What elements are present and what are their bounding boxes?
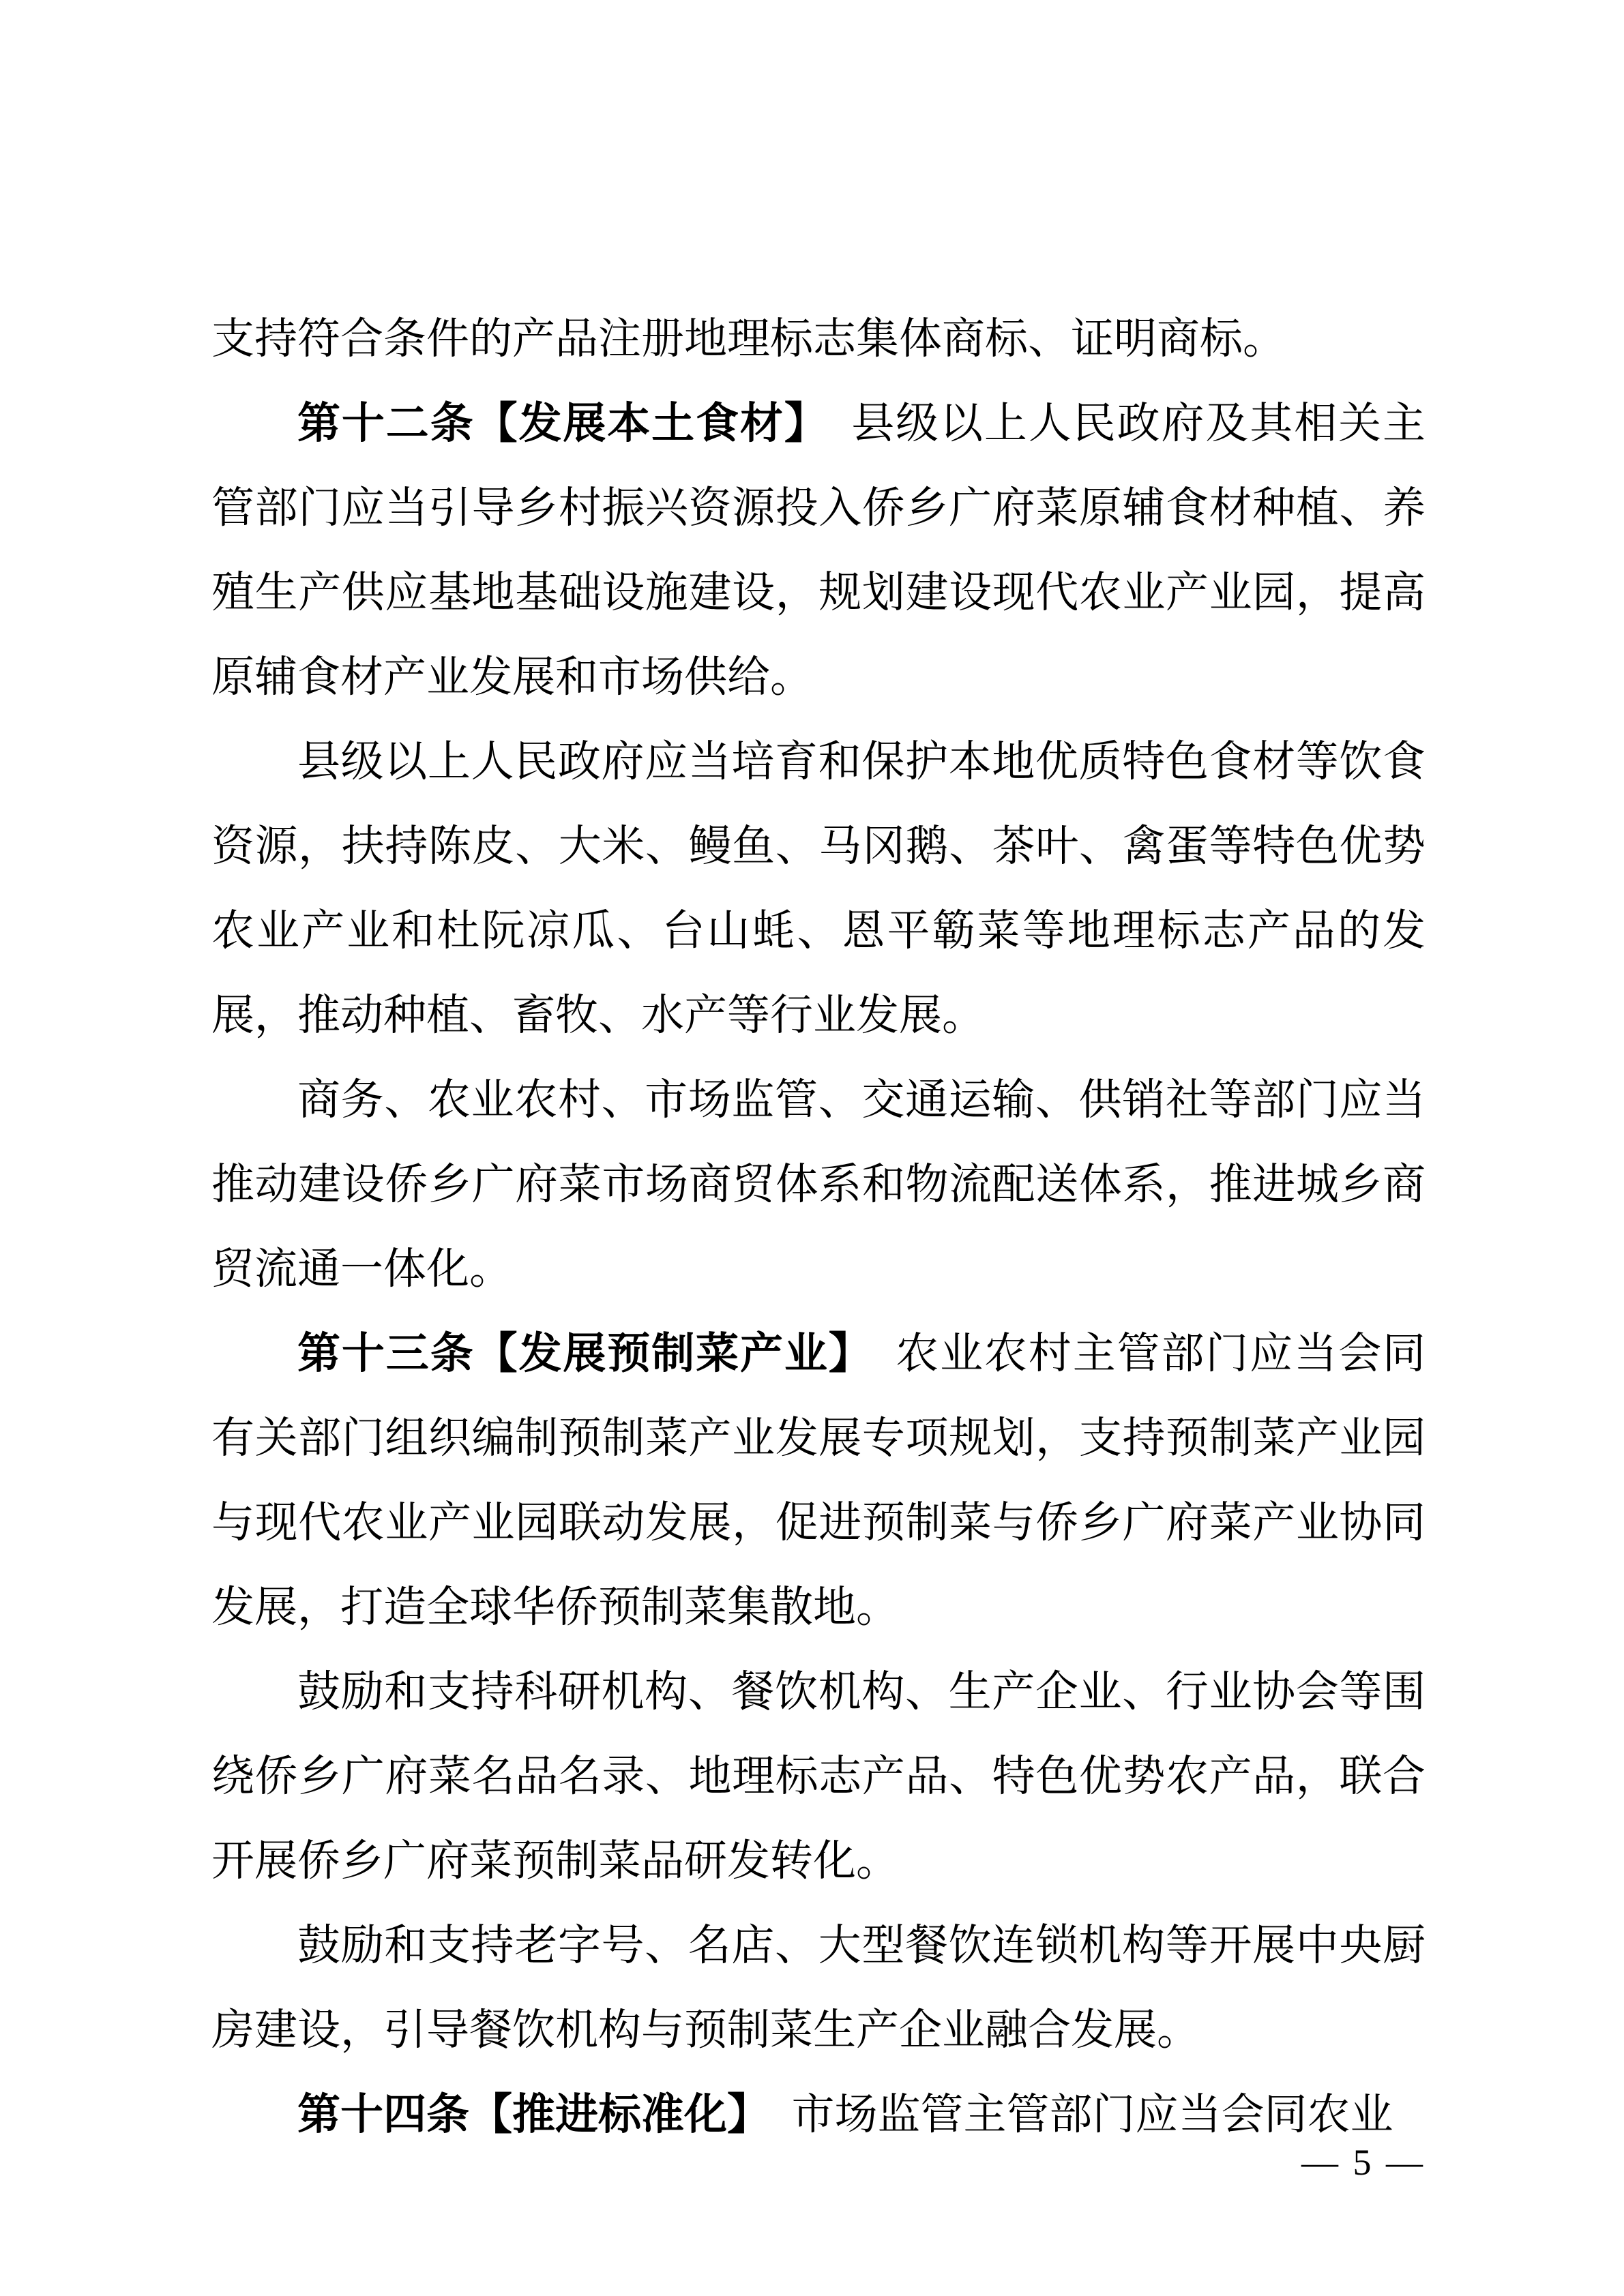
article-14-heading: 第十四条【推进标准化】: [297, 2091, 749, 2138]
paragraph-text: 支持符合条件的产品注册地理标志集体商标、证明商标。: [211, 315, 1286, 363]
paragraph-article-12: 第十二条【发展本土食材】 县级以上人民政府及其相关主管部门应当引导乡村振兴资源投…: [211, 381, 1426, 719]
document-body: 支持符合条件的产品注册地理标志集体商标、证明商标。 第十二条【发展本土食材】 县…: [211, 297, 1426, 2157]
paragraph-text: 鼓励和支持老字号、名店、大型餐饮连锁机构等开展中央厨房建设，引导餐饮机构与预制菜…: [211, 1922, 1426, 2054]
paragraph-text: 鼓励和支持科研机构、餐饮机构、生产企业、行业协会等围绕侨乡广府菜名品名录、地理标…: [211, 1668, 1426, 1885]
paragraph: 县级以上人民政府应当培育和保护本地优质特色食材等饮食资源，扶持陈皮、大米、鳗鱼、…: [211, 719, 1426, 1058]
paragraph: 鼓励和支持老字号、名店、大型餐饮连锁机构等开展中央厨房建设，引导餐饮机构与预制菜…: [211, 1903, 1426, 2072]
paragraph-text: 商务、农业农村、市场监管、交通运输、供销社等部门应当推动建设侨乡广府菜市场商贸体…: [211, 1076, 1426, 1293]
paragraph-continuation: 支持符合条件的产品注册地理标志集体商标、证明商标。: [211, 297, 1426, 381]
article-12-heading: 第十二条【发展本土食材】: [297, 400, 807, 447]
paragraph: 商务、农业农村、市场监管、交通运输、供销社等部门应当推动建设侨乡广府菜市场商贸体…: [211, 1058, 1426, 1311]
paragraph: 鼓励和支持科研机构、餐饮机构、生产企业、行业协会等围绕侨乡广府菜名品名录、地理标…: [211, 1650, 1426, 1903]
paragraph-text: 市场监管主管部门应当会同农业: [749, 2091, 1393, 2138]
page-number: — 5 —: [1301, 2142, 1426, 2183]
paragraph-text: 县级以上人民政府应当培育和保护本地优质特色食材等饮食资源，扶持陈皮、大米、鳗鱼、…: [211, 738, 1426, 1039]
page-footer: — 5 —: [211, 2140, 1426, 2185]
article-13-heading: 第十三条【发展预制菜产业】: [297, 1330, 851, 1377]
paragraph-article-13: 第十三条【发展预制菜产业】 农业农村主管部门应当会同有关部门组织编制预制菜产业发…: [211, 1311, 1426, 1650]
